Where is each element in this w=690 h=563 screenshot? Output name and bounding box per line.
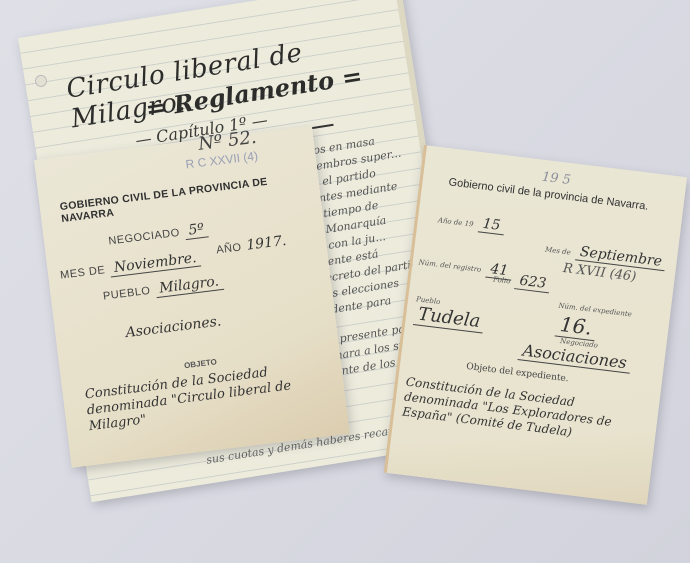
- archive-reference: R C XXVII (4): [185, 149, 259, 172]
- form-header: GOBIERNO CIVIL DE LA PROVINCIA DE NAVARR…: [59, 170, 320, 226]
- tudela-form: 19 5 Gobierno civil de la provincia de N…: [384, 145, 687, 505]
- objeto-text: Constitución de la Sociedad denominada "…: [84, 357, 338, 435]
- pueblo-row: PuebloTudela: [413, 295, 486, 333]
- negociado-row: NEGOCIADO 5º: [107, 217, 209, 249]
- binder-hole: [34, 74, 48, 88]
- anio-row: AÑO 1917.: [215, 230, 287, 257]
- category: Asociaciones.: [125, 313, 222, 341]
- form-number: 19 5: [541, 170, 572, 188]
- objeto-label: Objeto del expediente.: [466, 362, 569, 384]
- objeto-text: Constitución de la Sociedad denominada "…: [401, 375, 645, 449]
- folio-row: Folio 623: [492, 267, 551, 294]
- objeto-label: OBJETO: [184, 357, 218, 370]
- anio-row: Año de 19 15: [437, 207, 506, 235]
- milagro-form: Nº 52. R C XXVII (4) GOBIERNO CIVIL DE L…: [34, 126, 350, 468]
